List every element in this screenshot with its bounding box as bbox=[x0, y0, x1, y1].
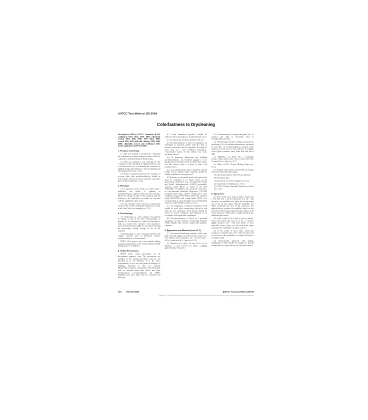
paragraph: 3.2 drycleaning, n.—the cleaning of fabr… bbox=[118, 233, 160, 240]
text-column-1: Developed in 1969 by AATCC Committee RA4… bbox=[118, 134, 160, 288]
paragraph: NOTE: These safety precautions are for i… bbox=[118, 253, 160, 279]
paragraph: 5.7 Undyed cotton duck or drill cloth fo… bbox=[211, 169, 253, 174]
copyright-line: Copyright © 2009 American Association of… bbox=[118, 295, 254, 297]
footer-manual-title: AATCC Technical Manual/2010 bbox=[223, 291, 254, 293]
text-column-3: 5.3 Perchloroethylene, commercial grade,… bbox=[211, 134, 253, 288]
paragraph: 4.3 Perchloroethylene is toxic by inhala… bbox=[165, 142, 207, 156]
page-title: Colorfastness to Drycleaning bbox=[118, 122, 254, 127]
paragraph: 4.1 Good laboratory practices should be … bbox=[165, 134, 207, 139]
paragraph: 5.5 Multifiber test fabric No. 1 contain… bbox=[211, 156, 253, 163]
paragraph: 5.6 White AATCC Textile Blotting Paper (… bbox=[211, 164, 253, 169]
paragraph: 4.5 An eyewash/safety shower should be l… bbox=[165, 169, 207, 176]
paragraph: 3.1 colorfastness, n.—the resistance of … bbox=[118, 216, 160, 232]
section-heading: 1. Purpose and Scope bbox=[118, 150, 160, 152]
paragraph: 4.8 Perchloroethylene is listed as a pot… bbox=[165, 218, 207, 227]
document-header: AATCC Test Method 132-2009 bbox=[118, 112, 254, 115]
paragraph: 4.2 All chemicals should be handled with… bbox=[165, 139, 207, 141]
section-heading: 5. Apparatus and Materials (see 11.1) bbox=[165, 229, 207, 231]
paragraph: 6.1 If the textile to be tested is fabri… bbox=[211, 196, 253, 217]
document-page-content: AATCC Test Method 132-2009 Colorfastness… bbox=[118, 112, 254, 308]
section-heading: 6. Specimens bbox=[211, 193, 253, 195]
paragraph: 1.2 This test method is not intended for… bbox=[118, 161, 160, 173]
section-heading: 2. Principle bbox=[118, 185, 160, 187]
section-heading: 4. Safety Precautions bbox=[118, 250, 160, 252]
text-column-2: 4.1 Good laboratory practices should be … bbox=[165, 134, 207, 288]
footer-page-number: 210 bbox=[118, 291, 122, 293]
paragraph: 6.4 Drycleanable garments with linings, … bbox=[211, 240, 253, 247]
paragraph: Developed in 1969 by AATCC Committee RA4… bbox=[118, 134, 160, 148]
footer-method-number: TM 132-2009 bbox=[126, 291, 139, 293]
paragraph: 6.3 If the textile is loose fiber, comb … bbox=[211, 230, 253, 239]
paragraph: 5.2 Stainless steel discs, 30 mm (1.25 i… bbox=[165, 243, 207, 250]
page-footer: 210 TM 132-2009 AATCC Technical Manual/2… bbox=[118, 291, 254, 293]
paragraph: 1.1 This test method is intended for eva… bbox=[118, 153, 160, 160]
section-heading: 3. Terminology bbox=[118, 212, 160, 214]
paragraph: 2.2 Any coloration of the solvent is eva… bbox=[118, 203, 160, 210]
paragraph: NOTE: This process also may include addi… bbox=[118, 241, 160, 248]
text-columns: Developed in 1969 by AATCC Committee RA4… bbox=[118, 134, 254, 288]
paragraph: 4.6 Exposure to chemicals used in this p… bbox=[165, 177, 207, 205]
footer-left: 210 TM 132-2009 bbox=[118, 291, 139, 293]
paragraph: 4.7 An adequately ventilated laboratory … bbox=[165, 205, 207, 217]
paragraph: 5.3 Perchloroethylene, commercial grade,… bbox=[211, 134, 253, 141]
paragraph: 5.4 Drycleaning detergent solution, prep… bbox=[211, 141, 253, 155]
paragraph: (3) AATCC 9-Step Chromatic Transference … bbox=[211, 186, 253, 191]
paragraph: 5.1 Accelerated laundering machine, with… bbox=[165, 233, 207, 242]
paragraph: 2.1 A specimen of the textile, in contac… bbox=[118, 188, 160, 202]
paragraph: 6.2 If the textile to be tested is yarn … bbox=[211, 218, 253, 230]
paragraph: 1.3 Fabrics or garments known to be sens… bbox=[118, 173, 160, 182]
paragraph: 5.9 Evaluation aids: bbox=[211, 177, 253, 179]
paragraph: 4.4 In preparing, dispensing and handlin… bbox=[165, 157, 207, 169]
paragraph: 5.8 Laboratory balance with 0.01 g sensi… bbox=[211, 174, 253, 176]
document-page: AATCC Test Method 132-2009 Colorfastness… bbox=[118, 112, 254, 308]
